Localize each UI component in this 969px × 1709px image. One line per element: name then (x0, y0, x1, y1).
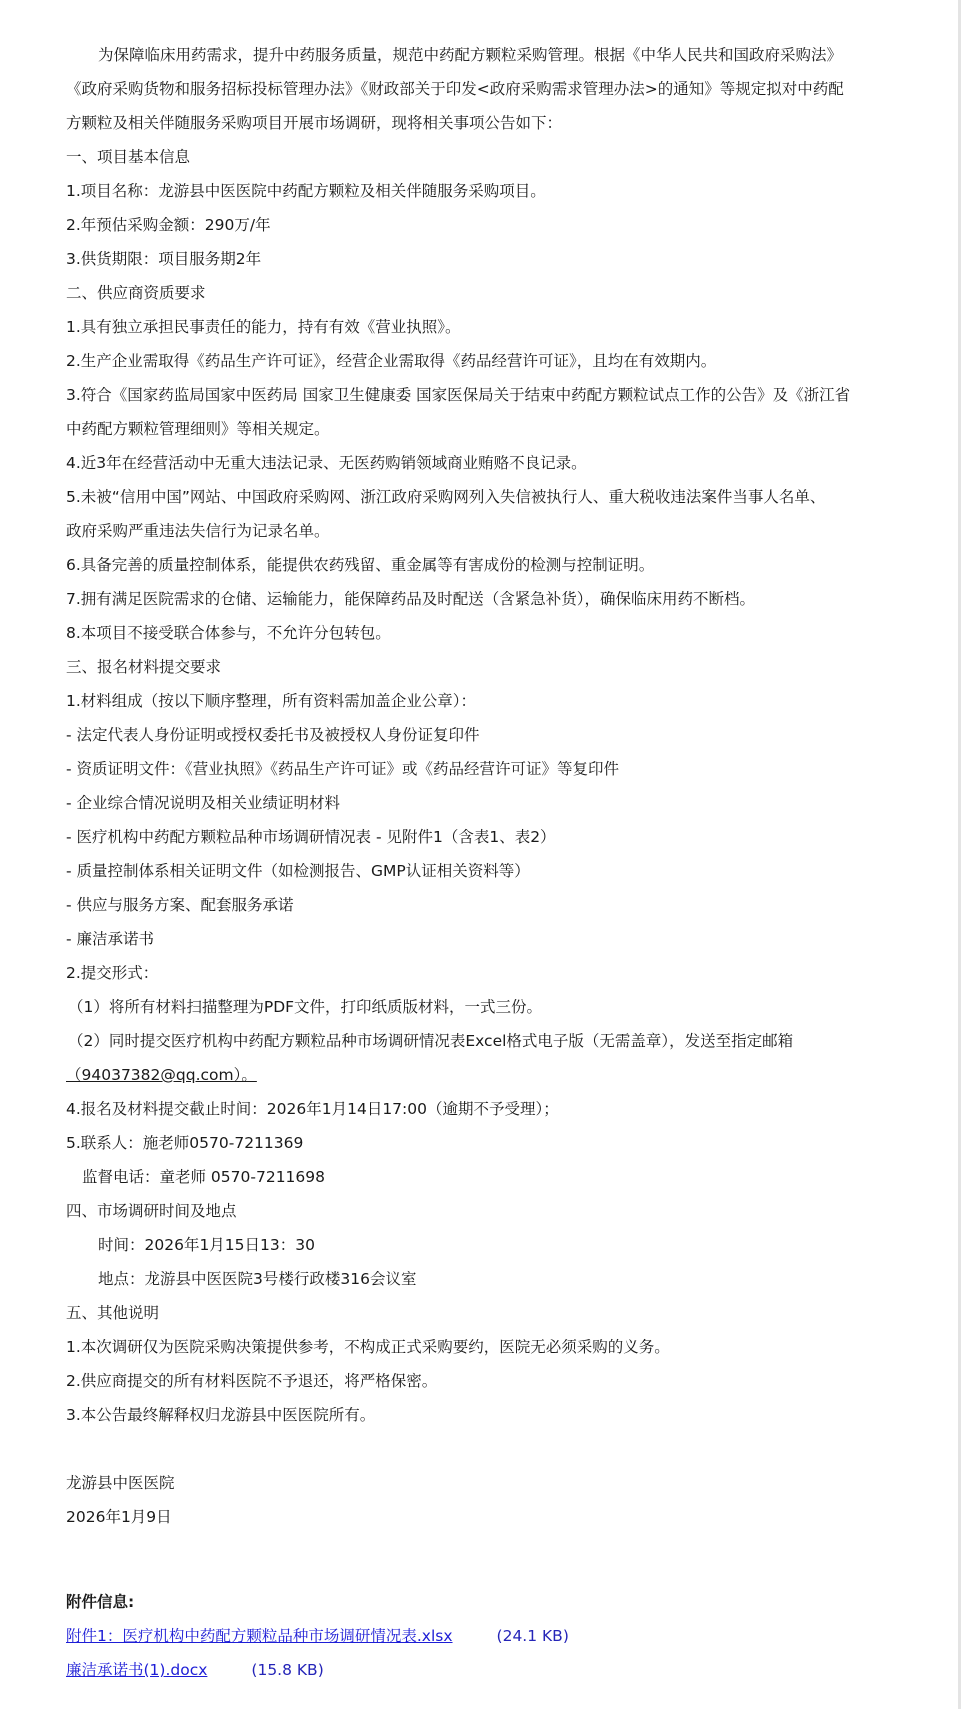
attachment-size: (24.1 KB) (497, 1627, 569, 1645)
announcement-body: 为保障临床用药需求，提升中药服务质量，规范中药配方颗粒采购管理。根据《中华人民共… (66, 38, 886, 1687)
intro-line-3: 方颗粒及相关伴随服务采购项目开展市场调研，现将相关事项公告如下： (66, 106, 886, 140)
other-note: 1.本次调研仅为医院采购决策提供参考，不构成正式采购要约，医院无必须采购的义务。 (66, 1330, 886, 1364)
research-time: 时间：2026年1月15日13：30 (66, 1228, 886, 1262)
qualification-item: 8.本项目不接受联合体参与，不允许分包转包。 (66, 616, 886, 650)
intro-line-2: 《政府采购货物和服务招标投标管理办法》《财政部关于印发<政府采购需求管理办法>的… (66, 72, 886, 106)
attachment-size: (15.8 KB) (251, 1661, 323, 1679)
material-item: - 医疗机构中药配方颗粒品种市场调研情况表 - 见附件1（含表1、表2） (66, 820, 886, 854)
attachment-row: 附件1：医疗机构中药配方颗粒品种市场调研情况表.xlsx(24.1 KB) (66, 1619, 886, 1653)
signature-date: 2026年1月9日 (66, 1500, 886, 1534)
material-item: - 质量控制体系相关证明文件（如检测报告、GMP认证相关资料等） (66, 854, 886, 888)
attachments-title: 附件信息: (66, 1585, 886, 1619)
qualification-item: 3.符合《国家药监局国家中医药局 国家卫生健康委 国家医保局关于结束中药配方颗粒… (66, 378, 886, 412)
material-item: - 供应与服务方案、配套服务承诺 (66, 888, 886, 922)
material-item: - 廉洁承诺书 (66, 922, 886, 956)
other-note: 3.本公告最终解释权归龙游县中医医院所有。 (66, 1398, 886, 1432)
submit-format-item: （2）同时提交医疗机构中药配方颗粒品种市场调研情况表Excel格式电子版（无需盖… (66, 1024, 886, 1058)
qualification-item: 5.未被“信用中国”网站、中国政府采购网、浙江政府采购网列入失信被执行人、重大税… (66, 480, 886, 514)
supervision-phone: 监督电话：童老师 0570-7211698 (66, 1160, 886, 1194)
other-note: 2.供应商提交的所有材料医院不予退还，将严格保密。 (66, 1364, 886, 1398)
submit-email: （94037382@qq.com）。 (66, 1066, 257, 1084)
section-heading-time-place: 四、市场调研时间及地点 (66, 1194, 886, 1228)
section-heading-basic-info: 一、项目基本信息 (66, 140, 886, 174)
qualification-item: 6.具备完善的质量控制体系，能提供农药残留、重金属等有害成份的检测与控制证明。 (66, 548, 886, 582)
qualification-item-cont: 政府采购严重违法失信行为记录名单。 (66, 514, 886, 548)
signature-org: 龙游县中医医院 (66, 1466, 886, 1500)
qualification-item: 1.具有独立承担民事责任的能力，持有有效《营业执照》。 (66, 310, 886, 344)
materials-title: 1.材料组成（按以下顺序整理，所有资料需加盖企业公章）： (66, 684, 886, 718)
qualification-item: 4.近3年在经营活动中无重大违法记录、无医药购销领域商业贿赂不良记录。 (66, 446, 886, 480)
intro-line-1: 为保障临床用药需求，提升中药服务质量，规范中药配方颗粒采购管理。根据《中华人民共… (66, 38, 886, 72)
submit-format-item: （1）将所有材料扫描整理为PDF文件，打印纸质版材料，一式三份。 (66, 990, 886, 1024)
contact-person: 5.联系人：施老师0570-7211369 (66, 1126, 886, 1160)
attachment-link-docx[interactable]: 廉洁承诺书(1).docx (66, 1661, 207, 1679)
supply-period: 3.供货期限：项目服务期2年 (66, 242, 886, 276)
attachment-link-xlsx[interactable]: 附件1：医疗机构中药配方颗粒品种市场调研情况表.xlsx (66, 1627, 453, 1645)
spacer (66, 1432, 886, 1466)
attachment-row: 廉洁承诺书(1).docx(15.8 KB) (66, 1653, 886, 1687)
qualification-item-cont: 中药配方颗粒管理细则》等相关规定。 (66, 412, 886, 446)
spacer (66, 1534, 886, 1585)
material-item: - 法定代表人身份证明或授权委托书及被授权人身份证复印件 (66, 718, 886, 752)
material-item: - 资质证明文件：《营业执照》《药品生产许可证》或《药品经营许可证》等复印件 (66, 752, 886, 786)
project-name: 1.项目名称：龙游县中医医院中药配方颗粒及相关伴随服务采购项目。 (66, 174, 886, 208)
section-heading-submission: 三、报名材料提交要求 (66, 650, 886, 684)
section-heading-qualifications: 二、供应商资质要求 (66, 276, 886, 310)
submit-email-line: （94037382@qq.com）。 (66, 1058, 886, 1092)
submit-format-title: 2.提交形式： (66, 956, 886, 990)
scrollbar[interactable] (958, 0, 961, 1709)
qualification-item: 7.拥有满足医院需求的仓储、运输能力，能保障药品及时配送（含紧急补货），确保临床… (66, 582, 886, 616)
annual-budget: 2.年预估采购金额：290万/年 (66, 208, 886, 242)
material-item: - 企业综合情况说明及相关业绩证明材料 (66, 786, 886, 820)
section-heading-other: 五、其他说明 (66, 1296, 886, 1330)
research-place: 地点：龙游县中医医院3号楼行政楼316会议室 (66, 1262, 886, 1296)
submission-deadline: 4.报名及材料提交截止时间：2026年1月14日17:00（逾期不予受理）； (66, 1092, 886, 1126)
qualification-item: 2.生产企业需取得《药品生产许可证》，经营企业需取得《药品经营许可证》，且均在有… (66, 344, 886, 378)
